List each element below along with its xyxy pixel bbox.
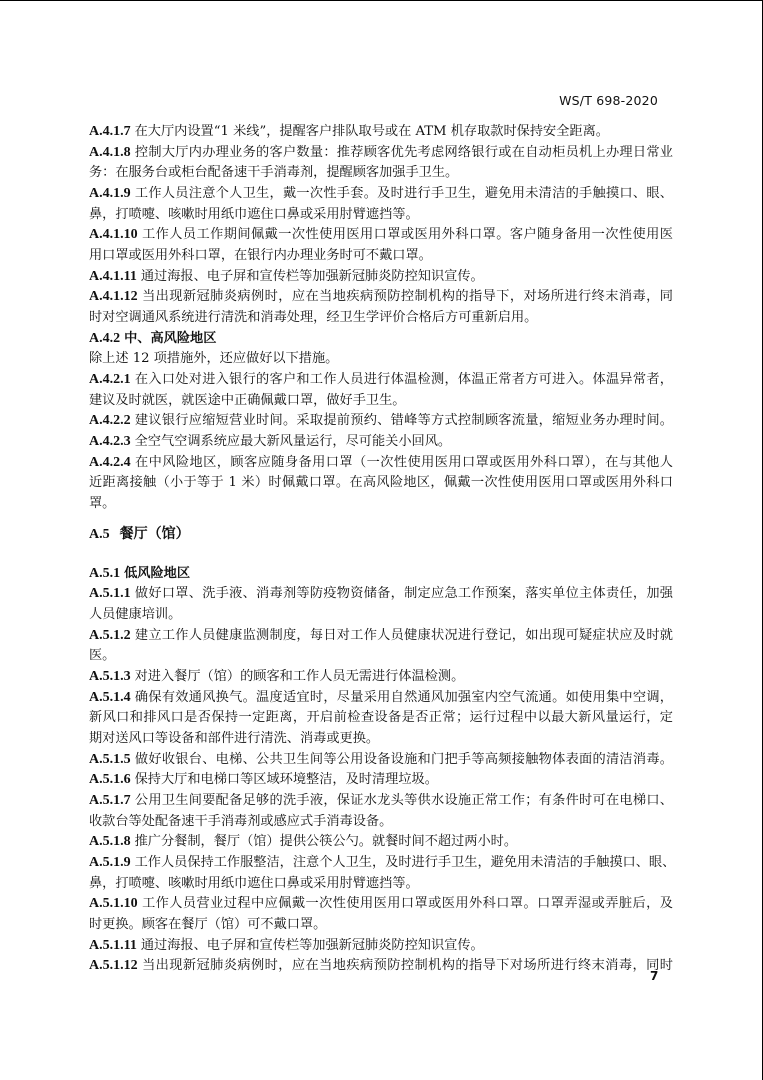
text-line: A.5.1.5做好收银台、电梯、公共卫生间等公用设备设施和门把手等高频接触物体表… <box>89 750 673 770</box>
text-line: 时更换。顾客在餐厅（馆）可不戴口罩。 <box>89 915 673 935</box>
clause-number: A.5.1.5 <box>89 752 131 767</box>
clause-text: 通过海报、电子屏和宣传栏等加强新冠肺炎防控知识宣传。 <box>141 269 484 284</box>
page-number: 7 <box>650 969 658 983</box>
text-line: A.4.1.10工作人员工作期间佩戴一次性使用医用口罩或医用外科口罩。客户随身备… <box>89 225 673 245</box>
clause-number: A.4.1.12 <box>89 289 138 304</box>
standard-code-header: WS/T 698-2020 <box>559 93 658 108</box>
clause-text: 餐厅（馆） <box>120 526 190 542</box>
clause-number: A.4.1.10 <box>89 227 138 242</box>
clause-text: 当出现新冠肺炎病例时，应在当地疾病预防控制机构的指导下，对场所进行终末消毒，同 <box>142 289 673 304</box>
clause-text: 务：在服务台或柜台配备速干手消毒剂，提醒顾客加强手卫生。 <box>89 165 458 180</box>
clause-text: 建议银行应缩短营业时间。采取提前预约、错峰等方式控制顾客流量，缩短业务办理时间。 <box>135 413 673 428</box>
clause-text: 医。 <box>89 648 115 663</box>
text-line: A.5.1.12当出现新冠肺炎病例时，应在当地疾病预防控制机构的指导下对场所进行… <box>89 956 673 976</box>
clause-number: A.4.1.8 <box>89 145 131 160</box>
clause-text: 新风口和排风口是否保持一定距离，开启前检查设备是否正常；运行过程中以最大新风量运… <box>89 710 673 725</box>
clause-text: 工作人员保持工作服整洁，注意个人卫生，及时进行手卫生，避免用未清洁的手触摸口、眼… <box>135 855 673 870</box>
clause-number: A.5.1.11 <box>89 938 137 953</box>
clause-number: A.5 <box>89 527 110 542</box>
text-line: 人员健康培训。 <box>89 605 673 625</box>
clause-text: 控制大厅内办理业务的客户数量：推荐顾客优先考虑网络银行或在自动柜员机上办理日常业 <box>135 145 673 160</box>
clause-text: 时更换。顾客在餐厅（馆）可不戴口罩。 <box>89 917 326 932</box>
text-line: 新风口和排风口是否保持一定距离，开启前检查设备是否正常；运行过程中以最大新风量运… <box>89 708 673 728</box>
clause-text: 建议及时就医，就医途中正确佩戴口罩，做好手卫生。 <box>89 393 406 408</box>
clause-number: A.4.1.11 <box>89 269 137 284</box>
clause-text: 除上述 12 项措施外，还应做好以下措施。 <box>89 351 338 366</box>
section-heading: A.4.2中、高风险地区 <box>89 329 673 349</box>
clause-text: 全空气空调系统应最大新风量运行，尽可能关小回风。 <box>135 434 452 449</box>
text-line: A.4.1.7在大厅内设置“1 米线”，提醒客户排队取号或在 ATM 机存取款时… <box>89 122 673 142</box>
text-line: 罩。 <box>89 494 673 514</box>
text-line: A.5.1.8推广分餐制，餐厅（馆）提供公筷公勺。就餐时间不超过两小时。 <box>89 832 673 852</box>
clause-text: 近距离接触（小于等于 1 米）时佩戴口罩。在高风险地区，佩戴一次性使用医用口罩或… <box>89 475 673 490</box>
clause-text: 在入口处对进入银行的客户和工作人员进行体温检测，体温正常者方可进入。体温异常者， <box>135 372 673 387</box>
text-line: 收款台等处配备速干手消毒剂或感应式手消毒设备。 <box>89 812 673 832</box>
clause-text: 工作人员注意个人卫生，戴一次性手套。及时进行手卫生，避免用未清洁的手触摸口、眼、 <box>135 186 673 201</box>
clause-number: A.5.1.2 <box>89 628 131 643</box>
clause-number: A.5.1.8 <box>89 834 131 849</box>
document-page: WS/T 698-2020 A.4.1.7在大厅内设置“1 米线”，提醒客户排队… <box>0 0 763 1080</box>
clause-text: 罩。 <box>89 496 115 511</box>
clause-text: 通过海报、电子屏和宣传栏等加强新冠肺炎防控知识宣传。 <box>141 938 484 953</box>
clause-number: A.5.1.10 <box>89 896 138 911</box>
text-line: 建议及时就医，就医途中正确佩戴口罩，做好手卫生。 <box>89 391 673 411</box>
clause-number: A.4.2 <box>89 331 120 346</box>
clause-number: A.4.1.7 <box>89 124 131 139</box>
clause-number: A.4.2.1 <box>89 372 131 387</box>
clause-text: 人员健康培训。 <box>89 607 181 622</box>
clause-text: 对进入餐厅（馆）的顾客和工作人员无需进行体温检测。 <box>135 669 465 684</box>
text-line: A.5.1.3对进入餐厅（馆）的顾客和工作人员无需进行体温检测。 <box>89 667 673 687</box>
clause-text: 时对空调通风系统进行清洗和消毒处理，经卫生学评价合格后方可重新启用。 <box>89 310 537 325</box>
clause-text: 确保有效通风换气。温度适宜时，尽量采用自然通风加强室内空气流通。如使用集中空调， <box>135 690 673 705</box>
clause-text: 工作人员工作期间佩戴一次性使用医用口罩或医用外科口罩。客户随身备用一次性使用医 <box>142 227 673 242</box>
text-line: 期对送风口等设备和部件进行清洗、消毒或更换。 <box>89 729 673 749</box>
clause-text: 工作人员营业过程中应佩戴一次性使用医用口罩或医用外科口罩。口罩弄湿或弄脏后，及 <box>142 896 673 911</box>
text-line: A.4.1.8控制大厅内办理业务的客户数量：推荐顾客优先考虑网络银行或在自动柜员… <box>89 143 673 163</box>
clause-text: 当出现新冠肺炎病例时，应在当地疾病预防控制机构的指导下对场所进行终末消毒，同时 <box>142 958 673 973</box>
text-line: A.5.1.4确保有效通风换气。温度适宜时，尽量采用自然通风加强室内空气流通。如… <box>89 688 673 708</box>
text-line: 医。 <box>89 646 673 666</box>
clause-text: 在中风险地区，顾客应随身备用口罩（一次性使用医用口罩或医用外科口罩），在与其他人 <box>135 455 673 470</box>
text-line: A.5.1.2建立工作人员健康监测制度，每日对工作人员健康状况进行登记，如出现可… <box>89 626 673 646</box>
text-line: A.4.2.2建议银行应缩短营业时间。采取提前预约、错峰等方式控制顾客流量，缩短… <box>89 411 673 431</box>
clause-number: A.5.1 <box>89 566 120 581</box>
clause-text: 低风险地区 <box>124 566 190 581</box>
text-line: A.5.1.10工作人员营业过程中应佩戴一次性使用医用口罩或医用外科口罩。口罩弄… <box>89 894 673 914</box>
clause-text: 推广分餐制，餐厅（馆）提供公筷公勺。就餐时间不超过两小时。 <box>135 834 517 849</box>
clause-number: A.4.2.4 <box>89 455 131 470</box>
clause-number: A.4.2.3 <box>89 434 131 449</box>
clause-number: A.5.1.3 <box>89 669 131 684</box>
clause-number: A.4.1.9 <box>89 186 131 201</box>
section-heading: A.5.1低风险地区 <box>89 564 673 584</box>
clause-text: 收款台等处配备速干手消毒剂或感应式手消毒设备。 <box>89 814 392 829</box>
clause-number: A.4.2.2 <box>89 413 131 428</box>
text-line: A.5.1.1做好口罩、洗手液、消毒剂等防疫物资储备，制定应急工作预案，落实单位… <box>89 584 673 604</box>
clause-text: 做好口罩、洗手液、消毒剂等防疫物资储备，制定应急工作预案，落实单位主体责任，加强 <box>135 586 673 601</box>
clause-number: A.5.1.9 <box>89 855 131 870</box>
clause-text: 建立工作人员健康监测制度，每日对工作人员健康状况进行登记，如出现可疑症状应及时就 <box>135 628 673 643</box>
text-line: A.4.2.1在入口处对进入银行的客户和工作人员进行体温检测，体温正常者方可进入… <box>89 370 673 390</box>
clause-text: 用口罩或医用外科口罩，在银行内办理业务时可不戴口罩。 <box>89 248 432 263</box>
text-line: 时对空调通风系统进行清洗和消毒处理，经卫生学评价合格后方可重新启用。 <box>89 308 673 328</box>
clause-text: 鼻，打喷嚏、咳嗽时用纸巾遮住口鼻或采用肘臂遮挡等。 <box>89 207 419 222</box>
clause-number: A.5.1.6 <box>89 772 131 787</box>
clause-number: A.5.1.1 <box>89 586 131 601</box>
text-line: 鼻，打喷嚏、咳嗽时用纸巾遮住口鼻或采用肘臂遮挡等。 <box>89 874 673 894</box>
section-heading: A.5餐厅（馆） <box>89 524 673 544</box>
text-line: A.4.2.4在中风险地区，顾客应随身备用口罩（一次性使用医用口罩或医用外科口罩… <box>89 453 673 473</box>
text-line: 近距离接触（小于等于 1 米）时佩戴口罩。在高风险地区，佩戴一次性使用医用口罩或… <box>89 473 673 493</box>
text-line: A.5.1.9工作人员保持工作服整洁，注意个人卫生，及时进行手卫生，避免用未清洁… <box>89 853 673 873</box>
text-line: A.5.1.6保持大厅和电梯口等区域环境整洁，及时清理垃圾。 <box>89 770 673 790</box>
clause-text: 期对送风口等设备和部件进行清洗、消毒或更换。 <box>89 731 379 746</box>
text-line: 用口罩或医用外科口罩，在银行内办理业务时可不戴口罩。 <box>89 246 673 266</box>
clause-number: A.5.1.12 <box>89 958 138 973</box>
text-line: A.4.1.9工作人员注意个人卫生，戴一次性手套。及时进行手卫生，避免用未清洁的… <box>89 184 673 204</box>
clause-text: 在大厅内设置“1 米线”，提醒客户排队取号或在 ATM 机存取款时保持安全距离。 <box>135 124 609 139</box>
clause-number: A.5.1.7 <box>89 793 131 808</box>
clause-text: 公用卫生间要配备足够的洗手液，保证水龙头等供水设施正常工作；有条件时可在电梯口、 <box>135 793 673 808</box>
clause-text: 做好收银台、电梯、公共卫生间等公用设备设施和门把手等高频接触物体表面的清洁消毒。 <box>135 752 673 767</box>
clause-text: 中、高风险地区 <box>124 331 216 346</box>
text-line: A.5.1.11通过海报、电子屏和宣传栏等加强新冠肺炎防控知识宣传。 <box>89 936 673 956</box>
clause-text: 保持大厅和电梯口等区域环境整洁，及时清理垃圾。 <box>135 772 438 787</box>
clause-text: 鼻，打喷嚏、咳嗽时用纸巾遮住口鼻或采用肘臂遮挡等。 <box>89 876 419 891</box>
text-line: A.5.1.7公用卫生间要配备足够的洗手液，保证水龙头等供水设施正常工作；有条件… <box>89 791 673 811</box>
text-line: A.4.2.3全空气空调系统应最大新风量运行，尽可能关小回风。 <box>89 432 673 452</box>
text-line: 除上述 12 项措施外，还应做好以下措施。 <box>89 349 673 369</box>
clause-number: A.5.1.4 <box>89 690 131 705</box>
text-line: 鼻，打喷嚏、咳嗽时用纸巾遮住口鼻或采用肘臂遮挡等。 <box>89 205 673 225</box>
text-line: A.4.1.12当出现新冠肺炎病例时，应在当地疾病预防控制机构的指导下，对场所进… <box>89 287 673 307</box>
text-line: A.4.1.11通过海报、电子屏和宣传栏等加强新冠肺炎防控知识宣传。 <box>89 267 673 287</box>
text-line: 务：在服务台或柜台配备速干手消毒剂，提醒顾客加强手卫生。 <box>89 163 673 183</box>
